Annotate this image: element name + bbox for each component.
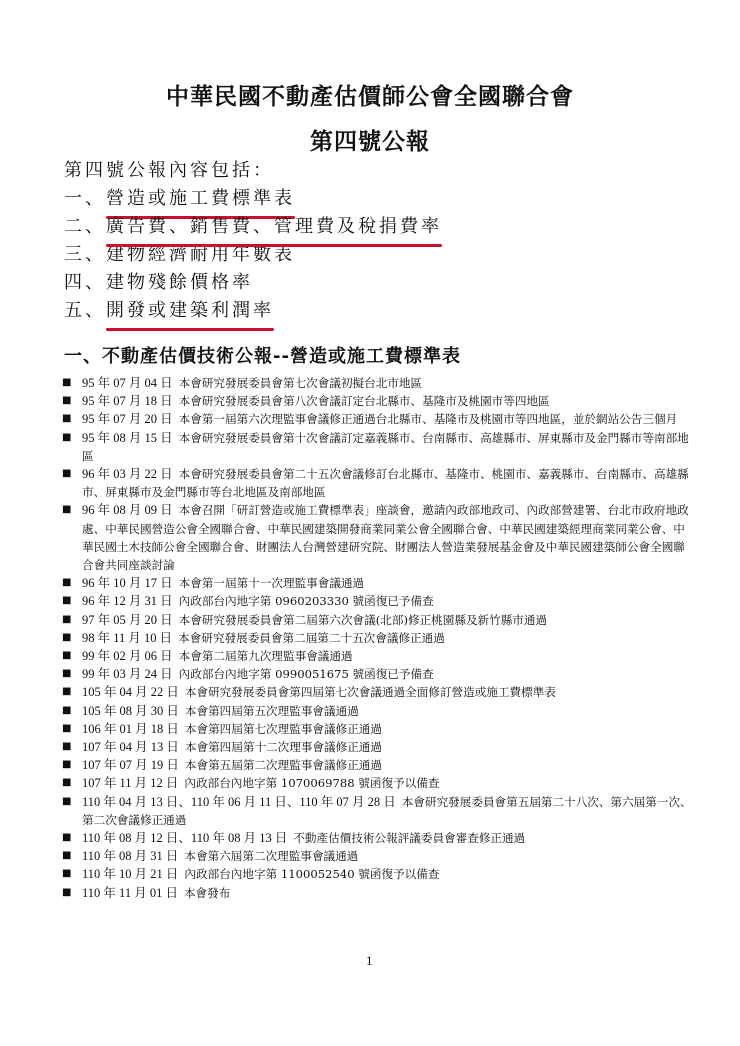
square-bullet-icon: ■ xyxy=(62,865,82,883)
list-item: ■106 年 01 月 18 日本會第四屆第七次理監事會議修正通過 xyxy=(62,720,692,738)
square-bullet-icon: ■ xyxy=(62,592,82,610)
square-bullet-icon: ■ xyxy=(62,611,82,629)
square-bullet-icon: ■ xyxy=(62,429,82,465)
square-bullet-icon: ■ xyxy=(62,574,82,592)
list-item-date: 107 年 11 月 12 日 xyxy=(82,776,178,790)
list-item-body: 97 年 05 月 20 日本會研究發展委員會第二屆第六次會議(北部)修正桃園縣… xyxy=(82,611,692,629)
list-item-text: 內政部台內地字第 1070069788 號函復予以備查 xyxy=(184,776,439,790)
list-item-text: 本會研究發展委員會第十次會議訂定嘉義縣市、台南縣市、高雄縣市、屏東縣市及金門縣市… xyxy=(82,431,689,463)
list-item-date: 107 年 04 月 13 日 xyxy=(82,740,179,754)
list-item-body: 110 年 04 月 13 日、110 年 06 月 11 日、110 年 07… xyxy=(82,793,692,829)
list-item: ■110 年 10 月 21 日內政部台內地字第 1100052540 號函復予… xyxy=(62,865,692,883)
list-item-body: 96 年 08 月 09 日本會召開「研訂營造或施工費標準表」座談會，邀請內政部… xyxy=(82,501,692,574)
toc-item: 一、營造或施工費標準表 xyxy=(64,185,442,213)
list-item-body: 99 年 02 月 06 日本會第二屆第九次理監事會議通過 xyxy=(82,647,692,665)
list-item-text: 本會研究發展委員會第四屆第七次會議通過全面修訂營造或施工費標準表 xyxy=(185,685,556,699)
list-item-date: 95 年 08 月 15 日 xyxy=(82,431,173,445)
list-item: ■110 年 08 月 12 日、110 年 08 月 13 日不動產估價技術公… xyxy=(62,829,692,847)
square-bullet-icon: ■ xyxy=(62,793,82,829)
document-title: 中華民國不動產估價師公會全國聯合會 xyxy=(0,78,740,111)
list-item-date: 107 年 07 月 19 日 xyxy=(82,758,179,772)
list-item-date: 95 年 07 月 20 日 xyxy=(82,412,173,426)
list-item-date: 110 年 10 月 21 日 xyxy=(82,867,178,881)
list-item-text: 本會研究發展委員會第二屆第二十五次會議修正通過 xyxy=(178,631,445,645)
list-item-body: 110 年 11 月 01 日本會發布 xyxy=(82,884,692,902)
list-item-text: 內政部台內地字第 0990051675 號函復已予備查 xyxy=(179,667,434,681)
list-item-text: 本會召開「研訂營造或施工費標準表」座談會，邀請內政部地政司、內政部營建署、台北市… xyxy=(82,503,689,572)
list-item-date: 110 年 11 月 01 日 xyxy=(82,886,178,900)
list-item: ■96 年 03 月 22 日本會研究發展委員會第二十五次會議修訂台北縣市、基隆… xyxy=(62,465,692,501)
toc-item: 四、建物殘餘價格率 xyxy=(64,269,442,297)
square-bullet-icon: ■ xyxy=(62,410,82,428)
list-item: ■110 年 04 月 13 日、110 年 06 月 11 日、110 年 0… xyxy=(62,793,692,829)
list-item-date: 96 年 03 月 22 日 xyxy=(82,467,173,481)
toc-item-prefix: 三、 xyxy=(64,244,106,265)
list-item-text: 內政部台內地字第 1100052540 號函復予以備查 xyxy=(184,867,439,881)
list-item-date: 95 年 07 月 04 日 xyxy=(82,376,173,390)
history-list: ■95 年 07 月 04 日本會研究發展委員會第七次會議初擬台北市地區■95 … xyxy=(62,374,692,902)
list-item-body: 96 年 10 月 17 日本會第一屆第十一次理監事會議通過 xyxy=(82,574,692,592)
list-item: ■110 年 11 月 01 日本會發布 xyxy=(62,884,692,902)
list-item-text: 本會第六屆第二次理監事會議通過 xyxy=(184,849,358,863)
toc-item-prefix: 五、 xyxy=(64,300,106,321)
list-item: ■97 年 05 月 20 日本會研究發展委員會第二屆第六次會議(北部)修正桃園… xyxy=(62,611,692,629)
square-bullet-icon: ■ xyxy=(62,647,82,665)
list-item-date: 110 年 08 月 12 日、110 年 08 月 13 日 xyxy=(82,831,287,845)
list-item-body: 107 年 07 月 19 日本會第五屆第二次理監事會議修正通過 xyxy=(82,756,692,774)
list-item: ■110 年 08 月 31 日本會第六屆第二次理監事會議通過 xyxy=(62,847,692,865)
list-item-body: 105 年 04 月 22 日本會研究發展委員會第四屆第七次會議通過全面修訂營造… xyxy=(82,683,692,701)
list-item-body: 95 年 07 月 20 日本會第一屆第六次理監事會議修正通過台北縣市、基隆市及… xyxy=(82,410,692,428)
list-item-date: 99 年 03 月 24 日 xyxy=(82,667,173,681)
list-item-text: 內政部台內地字第 0960203330 號函復已予備查 xyxy=(179,594,434,608)
list-item: ■95 年 07 月 04 日本會研究發展委員會第七次會議初擬台北市地區 xyxy=(62,374,692,392)
list-item: ■107 年 11 月 12 日內政部台內地字第 1070069788 號函復予… xyxy=(62,774,692,792)
list-item: ■96 年 12 月 31 日內政部台內地字第 0960203330 號函復已予… xyxy=(62,592,692,610)
list-item-body: 96 年 12 月 31 日內政部台內地字第 0960203330 號函復已予備… xyxy=(82,592,692,610)
list-item-date: 98 年 11 月 10 日 xyxy=(82,631,172,645)
toc-item: 五、開發或建築利潤率 xyxy=(64,297,442,325)
list-item-body: 110 年 10 月 21 日內政部台內地字第 1100052540 號函復予以… xyxy=(82,865,692,883)
square-bullet-icon: ■ xyxy=(62,683,82,701)
table-of-contents: 第四號公報內容包括： 一、營造或施工費標準表 二、廣告費、銷售費、管理費及稅捐費… xyxy=(64,157,442,325)
toc-item-label: 建物殘餘價格率 xyxy=(106,272,253,293)
list-item: ■96 年 10 月 17 日本會第一屆第十一次理監事會議通過 xyxy=(62,574,692,592)
list-item: ■105 年 04 月 22 日本會研究發展委員會第四屆第七次會議通過全面修訂營… xyxy=(62,683,692,701)
page-number: 1 xyxy=(366,953,373,969)
list-item-body: 110 年 08 月 31 日本會第六屆第二次理監事會議通過 xyxy=(82,847,692,865)
list-item: ■98 年 11 月 10 日本會研究發展委員會第二屆第二十五次會議修正通過 xyxy=(62,629,692,647)
list-item-body: 99 年 03 月 24 日內政部台內地字第 0990051675 號函復已予備… xyxy=(82,665,692,683)
list-item-body: 95 年 07 月 18 日本會研究發展委員會第八次會議訂定台北縣市、基隆市及桃… xyxy=(82,392,692,410)
square-bullet-icon: ■ xyxy=(62,774,82,792)
square-bullet-icon: ■ xyxy=(62,738,82,756)
list-item-text: 本會研究發展委員會第八次會議訂定台北縣市、基隆市及桃園市等四地區 xyxy=(179,394,550,408)
list-item-text: 本會第一屆第十一次理監事會議通過 xyxy=(179,576,365,590)
list-item-date: 105 年 04 月 22 日 xyxy=(82,685,179,699)
toc-item: 二、廣告費、銷售費、管理費及稅捐費率 xyxy=(64,213,442,241)
list-item-date: 97 年 05 月 20 日 xyxy=(82,613,173,627)
square-bullet-icon: ■ xyxy=(62,665,82,683)
list-item-date: 110 年 08 月 31 日 xyxy=(82,849,178,863)
square-bullet-icon: ■ xyxy=(62,465,82,501)
list-item-text: 不動產估價技術公報評議委員會審查修正通過 xyxy=(293,831,525,845)
square-bullet-icon: ■ xyxy=(62,392,82,410)
list-item-body: 95 年 07 月 04 日本會研究發展委員會第七次會議初擬台北市地區 xyxy=(82,374,692,392)
list-item-body: 110 年 08 月 12 日、110 年 08 月 13 日不動產估價技術公報… xyxy=(82,829,692,847)
list-item-body: 96 年 03 月 22 日本會研究發展委員會第二十五次會議修訂台北縣市、基隆市… xyxy=(82,465,692,501)
square-bullet-icon: ■ xyxy=(62,829,82,847)
list-item: ■95 年 07 月 20 日本會第一屆第六次理監事會議修正通過台北縣市、基隆市… xyxy=(62,410,692,428)
list-item: ■99 年 03 月 24 日內政部台內地字第 0990051675 號函復已予… xyxy=(62,665,692,683)
list-item-date: 96 年 10 月 17 日 xyxy=(82,576,173,590)
square-bullet-icon: ■ xyxy=(62,501,82,574)
list-item-date: 96 年 08 月 09 日 xyxy=(82,503,173,517)
list-item: ■107 年 07 月 19 日本會第五屆第二次理監事會議修正通過 xyxy=(62,756,692,774)
toc-item-prefix: 一、 xyxy=(64,188,106,209)
list-item-body: 98 年 11 月 10 日本會研究發展委員會第二屆第二十五次會議修正通過 xyxy=(82,629,692,647)
list-item-text: 本會研究發展委員會第二屆第六次會議(北部)修正桃園縣及新竹縣市通過 xyxy=(179,613,547,627)
square-bullet-icon: ■ xyxy=(62,720,82,738)
square-bullet-icon: ■ xyxy=(62,884,82,902)
list-item-date: 110 年 04 月 13 日、110 年 06 月 11 日、110 年 07… xyxy=(82,795,396,809)
list-item-text: 本會第五屆第二次理監事會議修正通過 xyxy=(185,758,382,772)
list-item-body: 106 年 01 月 18 日本會第四屆第七次理監事會議修正通過 xyxy=(82,720,692,738)
list-item: ■96 年 08 月 09 日本會召開「研訂營造或施工費標準表」座談會，邀請內政… xyxy=(62,501,692,574)
list-item: ■99 年 02 月 06 日本會第二屆第九次理監事會議通過 xyxy=(62,647,692,665)
toc-item-label: 建物經濟耐用年數表 xyxy=(106,244,295,265)
list-item-body: 95 年 08 月 15 日本會研究發展委員會第十次會議訂定嘉義縣市、台南縣市、… xyxy=(82,429,692,465)
toc-item-label-underlined: 營造或施工費標準表 xyxy=(106,185,295,213)
list-item-body: 107 年 11 月 12 日內政部台內地字第 1070069788 號函復予以… xyxy=(82,774,692,792)
list-item: ■95 年 08 月 15 日本會研究發展委員會第十次會議訂定嘉義縣市、台南縣市… xyxy=(62,429,692,465)
list-item-text: 本會第四屆第十二次理事會議修正通過 xyxy=(185,740,382,754)
list-item-date: 99 年 02 月 06 日 xyxy=(82,649,173,663)
list-item-date: 96 年 12 月 31 日 xyxy=(82,594,173,608)
toc-item-prefix: 二、 xyxy=(64,216,106,237)
document-subtitle: 第四號公報 xyxy=(0,123,740,156)
list-item-body: 105 年 08 月 30 日本會第四屆第五次理監事會議通過 xyxy=(82,702,692,720)
list-item-text: 本會第四屆第七次理監事會議修正通過 xyxy=(185,722,382,736)
list-item-date: 105 年 08 月 30 日 xyxy=(82,704,179,718)
square-bullet-icon: ■ xyxy=(62,847,82,865)
toc-intro: 第四號公報內容包括： xyxy=(64,157,442,185)
list-item-text: 本會研究發展委員會第二十五次會議修訂台北縣市、基隆市、桃園市、嘉義縣市、台南縣市… xyxy=(82,467,689,499)
toc-item-label-underlined: 開發或建築利潤率 xyxy=(106,297,274,325)
list-item-date: 95 年 07 月 18 日 xyxy=(82,394,173,408)
square-bullet-icon: ■ xyxy=(62,756,82,774)
list-item-body: 107 年 04 月 13 日本會第四屆第十二次理事會議修正通過 xyxy=(82,738,692,756)
section-heading: 一、不動產估價技術公報--營造或施工費標準表 xyxy=(64,342,461,368)
square-bullet-icon: ■ xyxy=(62,629,82,647)
list-item-text: 本會研究發展委員會第七次會議初擬台北市地區 xyxy=(179,376,422,390)
list-item: ■95 年 07 月 18 日本會研究發展委員會第八次會議訂定台北縣市、基隆市及… xyxy=(62,392,692,410)
square-bullet-icon: ■ xyxy=(62,702,82,720)
list-item-text: 本會發布 xyxy=(184,886,230,900)
list-item-text: 本會第四屆第五次理監事會議通過 xyxy=(185,704,359,718)
square-bullet-icon: ■ xyxy=(62,374,82,392)
toc-item-prefix: 四、 xyxy=(64,272,106,293)
list-item: ■107 年 04 月 13 日本會第四屆第十二次理事會議修正通過 xyxy=(62,738,692,756)
toc-item-label-underlined: 廣告費、銷售費、管理費及稅捐費率 xyxy=(106,213,442,241)
list-item: ■105 年 08 月 30 日本會第四屆第五次理監事會議通過 xyxy=(62,702,692,720)
list-item-date: 106 年 01 月 18 日 xyxy=(82,722,179,736)
list-item-text: 本會第一屆第六次理監事會議修正通過台北縣市、基隆市及桃園市等四地區，並於網站公告… xyxy=(179,412,678,426)
list-item-text: 本會第二屆第九次理監事會議通過 xyxy=(179,649,353,663)
